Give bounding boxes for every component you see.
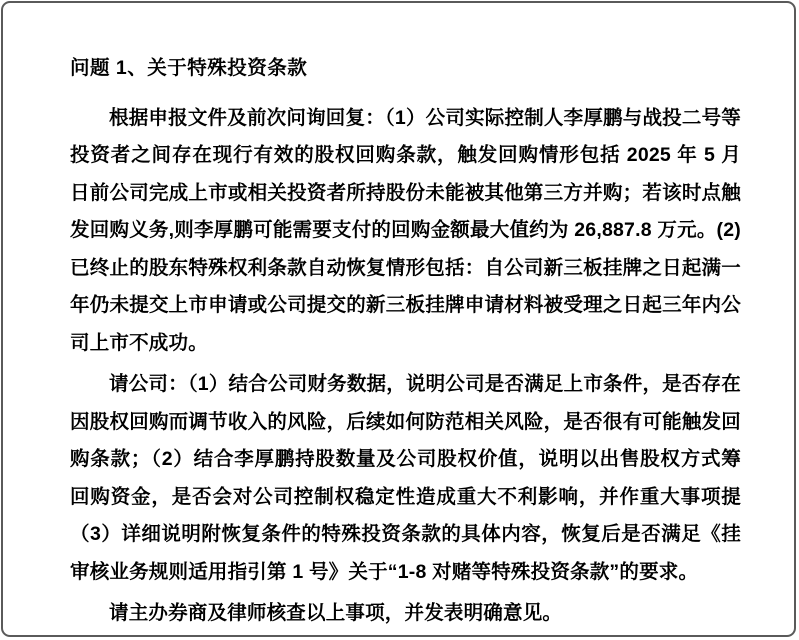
- text-line: （3）详细说明附恢复条件的特殊投资条款的具体内容，恢复后是否满足《挂牌: [70, 516, 741, 554]
- text-line: 根据申报文件及前次问询回复：（1）公司实际控制人李厚鹏与战投二号等: [70, 100, 741, 138]
- text-line: 因股权回购而调节收入的风险，后续如何防范相关风险，是否很有可能触发回: [70, 404, 741, 442]
- document-body: 根据申报文件及前次问询回复：（1）公司实际控制人李厚鹏与战投二号等投资者之间存在…: [70, 100, 741, 633]
- text-line: 请公司：（1）结合公司财务数据，说明公司是否满足上市条件，是否存在: [70, 366, 741, 404]
- paragraph: 请公司：（1）结合公司财务数据，说明公司是否满足上市条件，是否存在因股权回购而调…: [70, 366, 741, 591]
- text-line: 年仍未提交上市申请或公司提交的新三板挂牌申请材料被受理之日起三年内公: [70, 287, 741, 325]
- document-title: 问题 1、关于特殊投资条款: [70, 50, 741, 88]
- text-line: 日前公司完成上市或相关投资者所持股份未能被其他第三方并购；若该时点触: [70, 175, 741, 213]
- text-line: 审核业务规则适用指引第 1 号》关于“1-8 对赌等特殊投资条款”的要求。: [70, 554, 741, 592]
- paragraph: 请主办券商及律师核查以上事项，并发表明确意见。: [70, 595, 741, 633]
- text-line: 司上市不成功。: [70, 325, 741, 363]
- document-content: 问题 1、关于特殊投资条款 根据申报文件及前次问询回复：（1）公司实际控制人李厚…: [70, 50, 741, 637]
- text-line: 购条款；（2）结合李厚鹏持股数量及公司股权价值，说明以出售股权方式筹集: [70, 441, 741, 479]
- text-line: 已终止的股东特殊权利条款自动恢复情形包括：自公司新三板挂牌之日起满一: [70, 250, 741, 288]
- text-line: 发回购义务,则李厚鹏可能需要支付的回购金额最大值约为 26,887.8 万元。(…: [70, 212, 741, 250]
- text-line: 回购资金，是否会对公司控制权稳定性造成重大不利影响，并作重大事项提示；: [70, 479, 741, 517]
- text-line: 投资者之间存在现行有效的股权回购条款，触发回购情形包括 2025 年 5 月 1…: [70, 137, 741, 175]
- text-line: 请主办券商及律师核查以上事项，并发表明确意见。: [70, 595, 741, 633]
- paragraph: 根据申报文件及前次问询回复：（1）公司实际控制人李厚鹏与战投二号等投资者之间存在…: [70, 100, 741, 363]
- document-page: 问题 1、关于特殊投资条款 根据申报文件及前次问询回复：（1）公司实际控制人李厚…: [1, 1, 796, 637]
